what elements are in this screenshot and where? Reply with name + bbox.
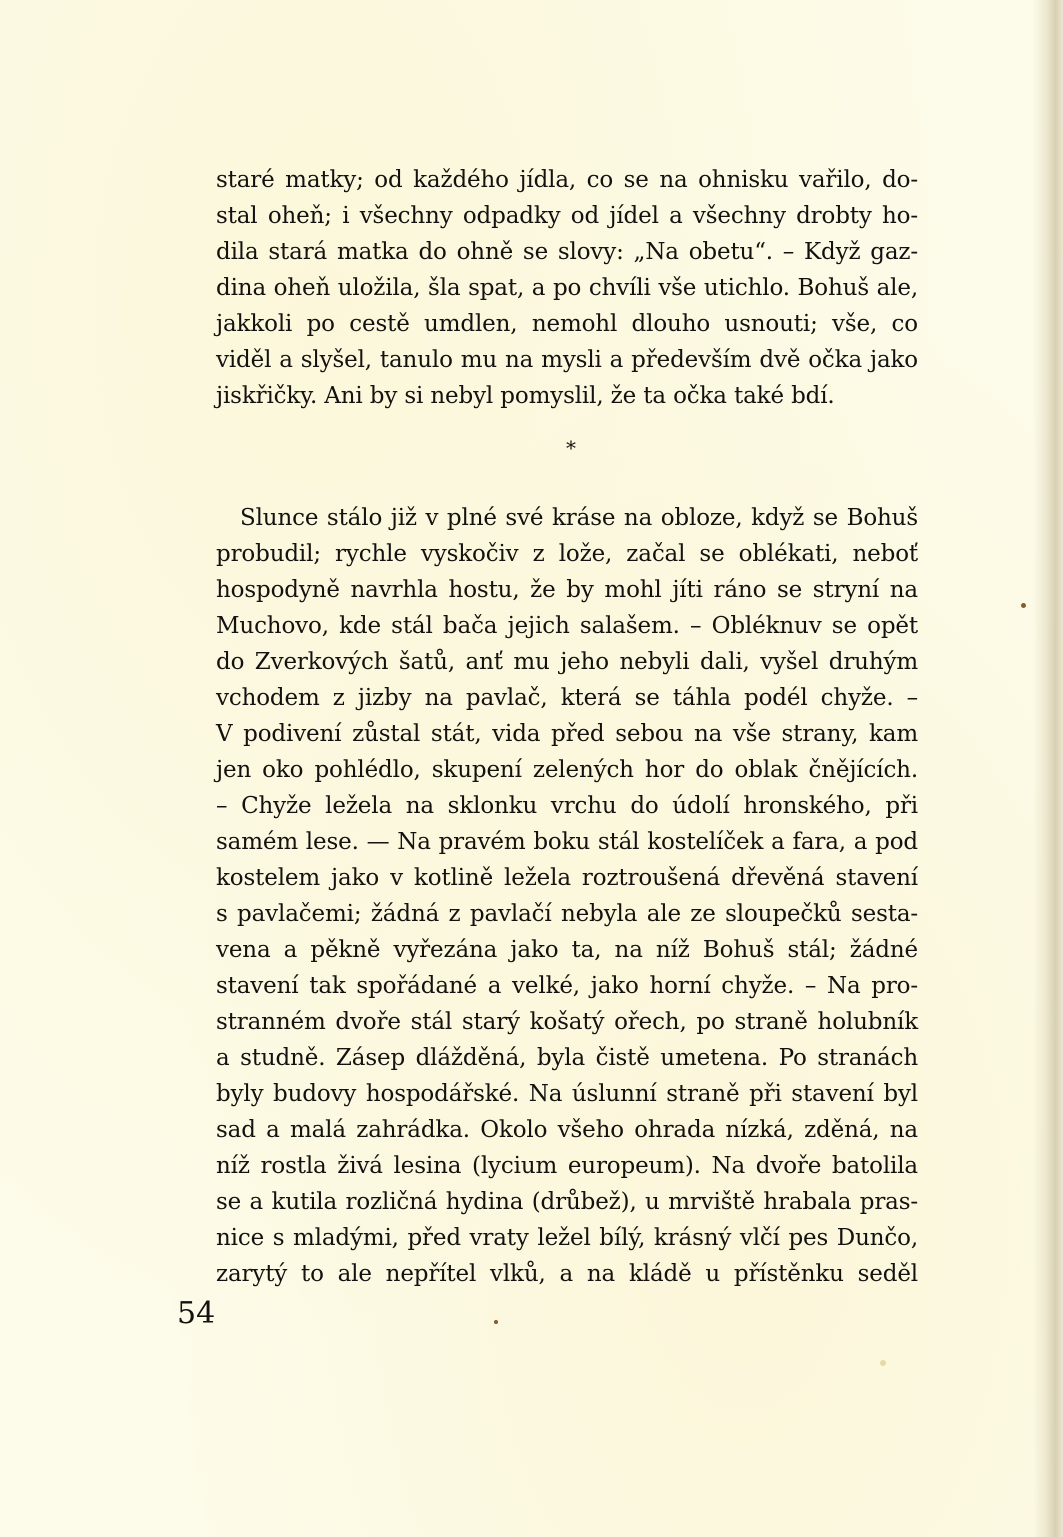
text-line: – Chyže ležela na sklonku vrchu do údolí… — [216, 788, 918, 824]
text-line: byly budovy hospodářské. Na úslunní stra… — [216, 1076, 918, 1112]
text-line: do Zverkových šatů, anť mu jeho nebyli d… — [216, 644, 918, 680]
text-line: Slunce stálo již v plné své kráse na obl… — [216, 500, 918, 536]
text-line: kostelem jako v kotlině ležela roztrouše… — [216, 860, 918, 896]
paragraph-1: staré matky; od každého jídla, co se na … — [216, 162, 918, 414]
paragraph-2: Slunce stálo již v plné své kráse na obl… — [216, 500, 918, 1292]
text-line: jakkoli po cestě umdlen, nemohl dlouho u… — [216, 306, 918, 342]
text-line: stranném dvoře stál starý košatý ořech, … — [216, 1004, 918, 1040]
text-line: a studně. Zásep dlážděná, byla čistě ume… — [216, 1040, 918, 1076]
text-line: dina oheň uložila, šla spat, a po chvíli… — [216, 270, 918, 306]
text-line: jen oko pohlédlo, skupení zelených hor d… — [216, 752, 918, 788]
text-line: nice s mladými, před vraty ležel bílý, k… — [216, 1220, 918, 1256]
text-line: s pavlačemi; žádná z pavlačí nebyla ale … — [216, 896, 918, 932]
text-line: zarytý to ale nepřítel vlků, a na kládě … — [216, 1256, 918, 1292]
page-gutter-shadow — [1033, 0, 1063, 1537]
text-line: Muchovo, kde stál bača jejich salašem. –… — [216, 608, 918, 644]
body-text: staré matky; od každého jídla, co se na … — [216, 162, 918, 1292]
text-line: sad a malá zahrádka. Okolo všeho ohrada … — [216, 1112, 918, 1148]
text-line: V podivení zůstal stát, vida před sebou … — [216, 716, 918, 752]
text-line: staré matky; od každého jídla, co se na … — [216, 162, 918, 198]
text-line: samém lese. — Na pravém boku stál kostel… — [216, 824, 918, 860]
text-line: hospodyně navrhla hostu, že by mohl jíti… — [216, 572, 918, 608]
paper-speck — [1021, 603, 1026, 608]
text-line: dila stará matka do ohně se slovy: „Na o… — [216, 234, 918, 270]
text-line: stavení tak spořádané a velké, jako horn… — [216, 968, 918, 1004]
text-line: viděl a slyšel, tanulo mu na mysli a pře… — [216, 342, 918, 378]
text-line: se a kutila rozličná hydina (drůbež), u … — [216, 1184, 918, 1220]
text-line: jiskřičky. Ani by si nebyl pomyslil, že … — [216, 378, 918, 414]
section-separator-asterisk: * — [216, 430, 918, 466]
page-number: 54 — [177, 1296, 215, 1332]
text-line: probudil; rychle vyskočiv z lože, začal … — [216, 536, 918, 572]
text-line: stal oheň; i všechny odpadky od jídel a … — [216, 198, 918, 234]
paper-speck — [880, 1360, 886, 1366]
text-line: níž rostla živá lesina (lycium europeum)… — [216, 1148, 918, 1184]
text-line: vchodem z jizby na pavlač, která se táhl… — [216, 680, 918, 716]
book-page: staré matky; od každého jídla, co se na … — [0, 0, 1063, 1537]
text-line: vena a pěkně vyřezána jako ta, na níž Bo… — [216, 932, 918, 968]
paper-speck — [494, 1320, 498, 1324]
